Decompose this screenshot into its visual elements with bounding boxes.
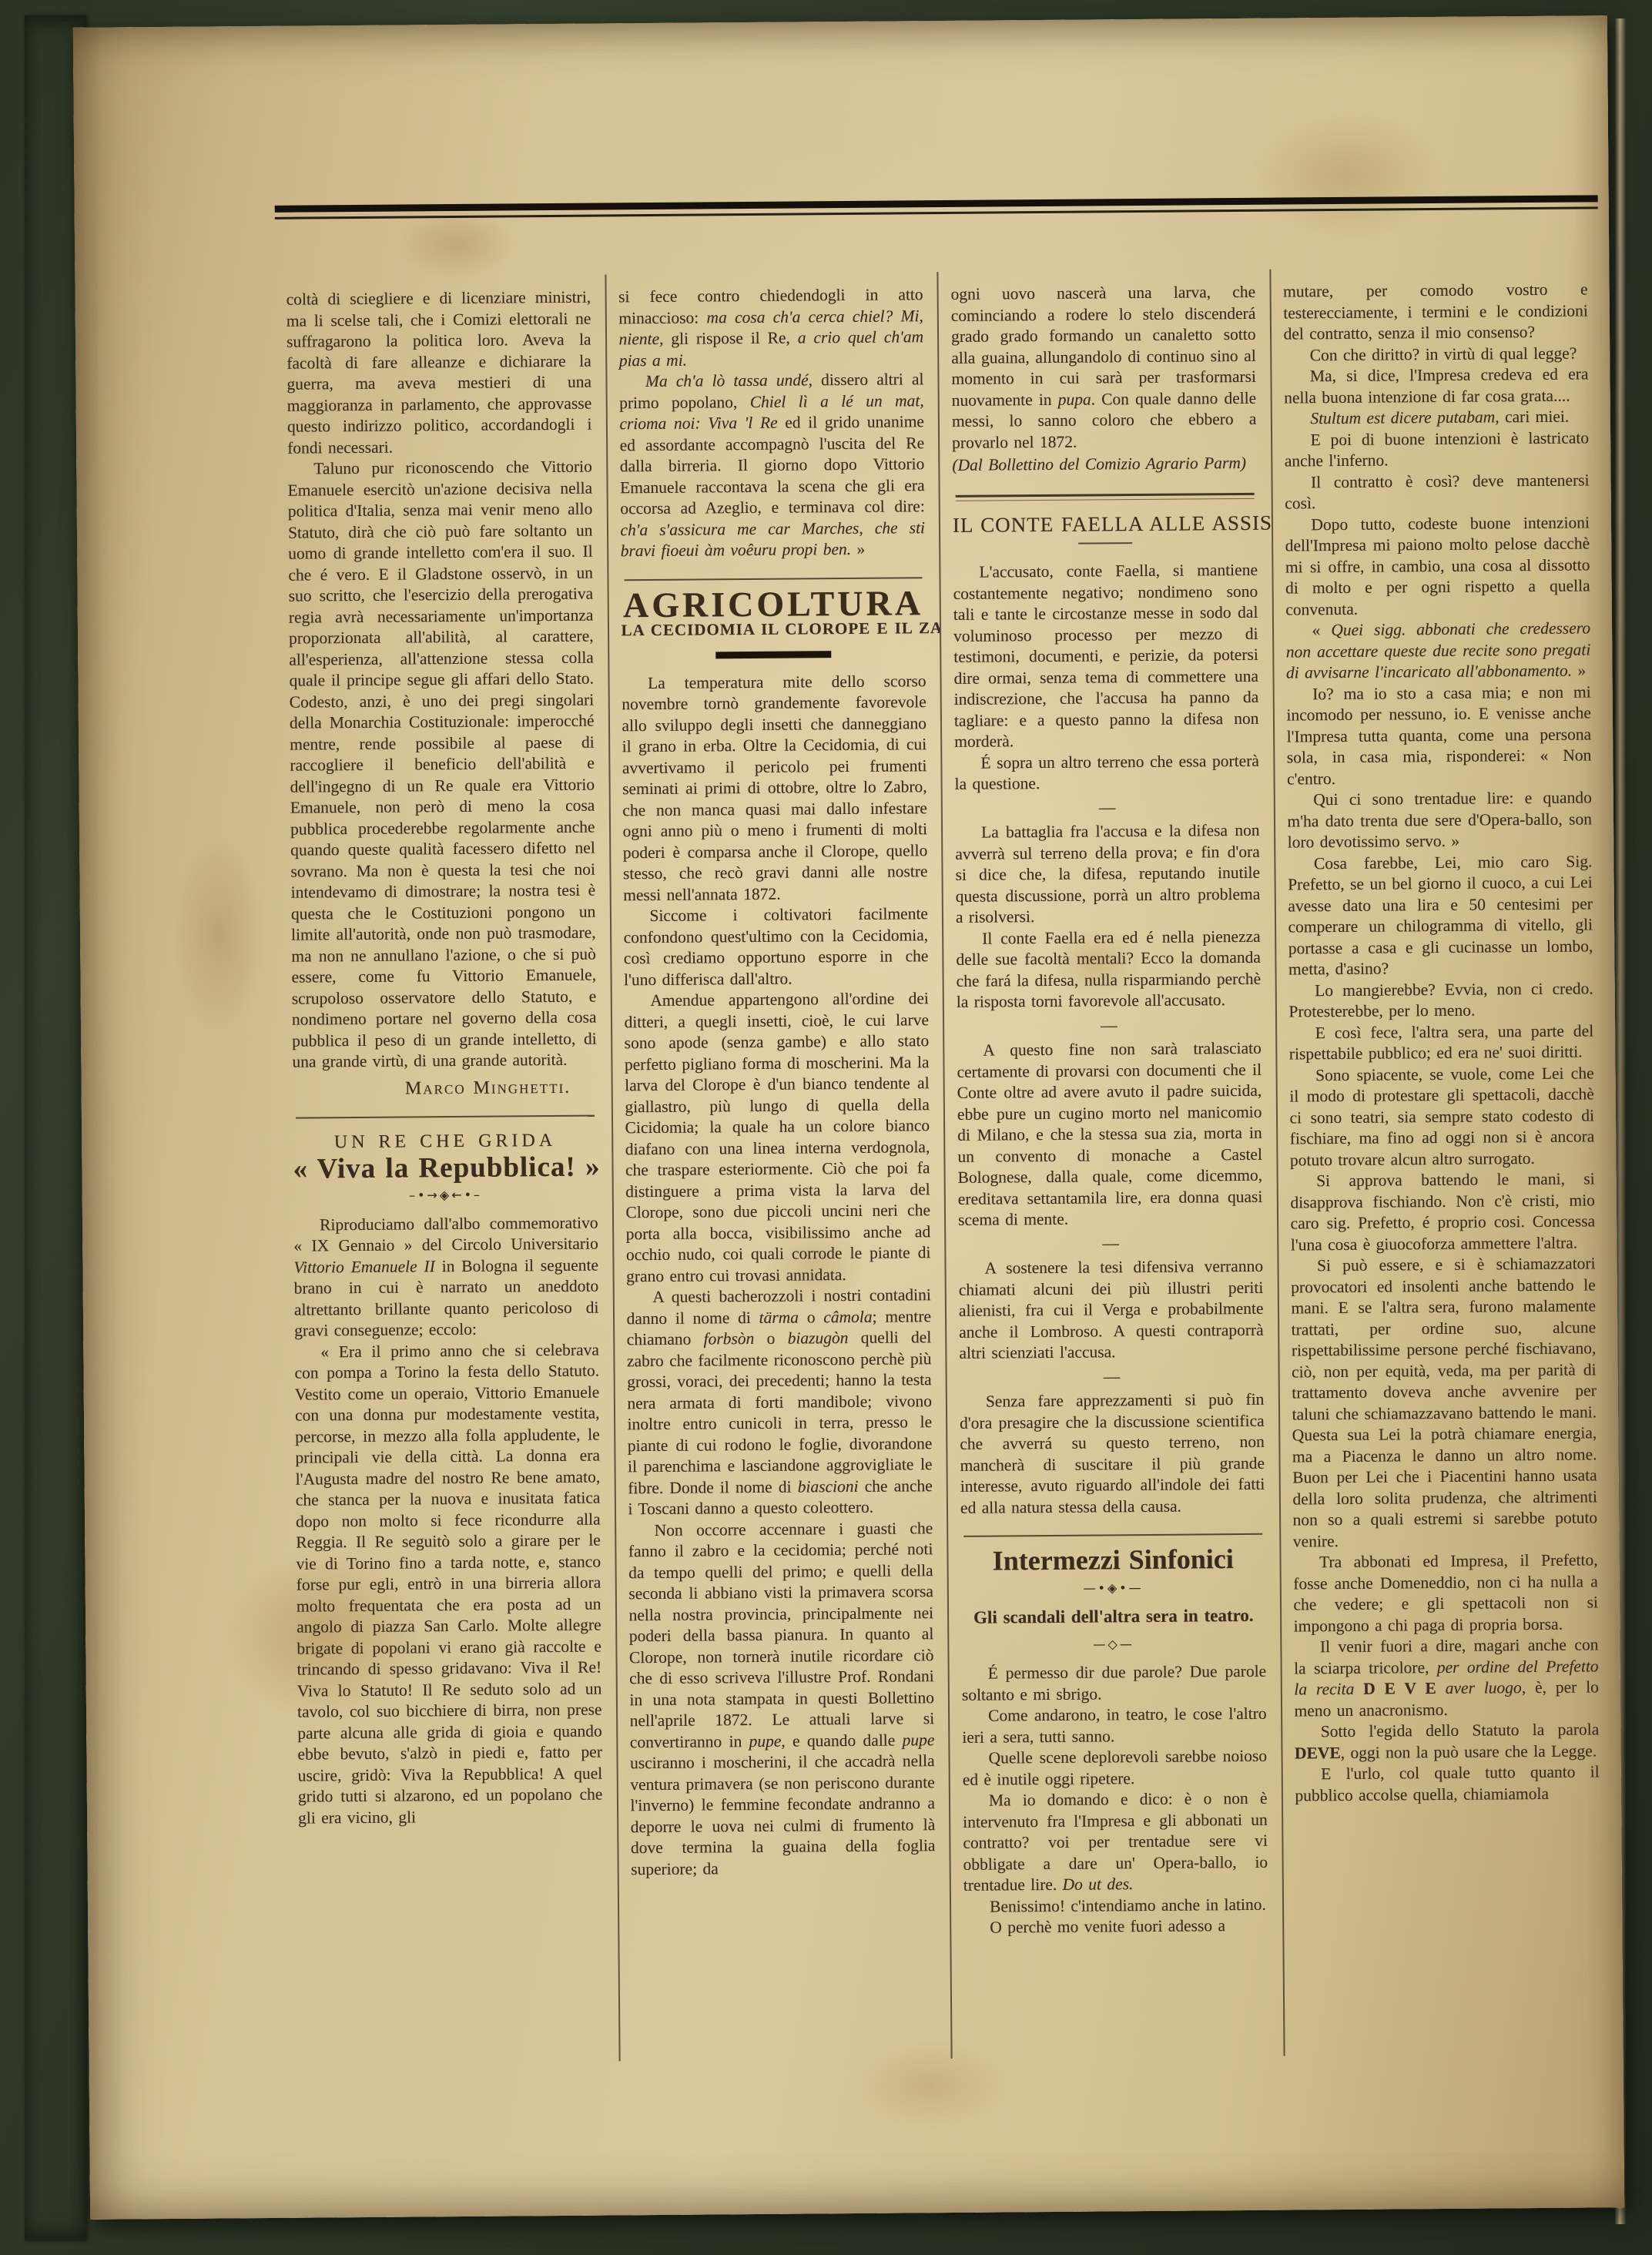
- paragraph: « Era il primo anno che si celebrava con…: [294, 1339, 602, 1829]
- paragraph: Sotto l'egida dello Statuto la parola DE…: [1295, 1719, 1600, 1764]
- paragraph: coltà di sciegliere e di licenziare mini…: [287, 287, 592, 459]
- dash-separator: —: [955, 796, 1260, 819]
- ornament: —◇—: [961, 1632, 1266, 1656]
- subheading-scandali-teatro: Gli scandali dell'altra sera in teatro.: [961, 1605, 1266, 1629]
- paragraph: Si approva battendo le mani, si disappro…: [1290, 1168, 1595, 1255]
- paragraph: Quelle scene deplorevoli sarebbe noioso …: [962, 1746, 1267, 1791]
- paragraph: Siccome i coltivatori facilmente confond…: [623, 903, 928, 990]
- paper-stain: [1245, 109, 1446, 242]
- paragraph: mutare, per comodo vostro e testerecciam…: [1283, 279, 1588, 345]
- paragraph: Si può essere, e si è schiamazzatori pro…: [1291, 1253, 1598, 1552]
- headline-viva-la-repubblica: « Viva la Repubblica! »: [293, 1156, 598, 1180]
- paragraph: Sono spiacente, se vuole, come Lei che i…: [1289, 1063, 1595, 1171]
- attribution-bollettino: (Dal Bollettino del Comizio Agrario Parm…: [952, 453, 1257, 477]
- paragraph: A questi bacherozzoli i nostri contadini…: [626, 1285, 933, 1520]
- paragraph: « Quei sigg. abbonati che credessero non…: [1285, 618, 1590, 684]
- paragraph: É sopra un altro terreno che essa porter…: [954, 750, 1259, 795]
- paragraph: Tra abbonati ed Impresa, il Prefetto, fo…: [1293, 1550, 1598, 1637]
- paragraph: Come andarono, in teatro, le cose l'altr…: [962, 1704, 1267, 1748]
- section-divider: [296, 1115, 595, 1119]
- paragraph: Cosa farebbe, Lei, mio caro Sig. Prefett…: [1288, 851, 1593, 980]
- section-divider-double: [956, 492, 1255, 501]
- section-divider: [963, 1533, 1262, 1537]
- dash-separator: —: [957, 1014, 1262, 1037]
- paragraph: La temperatura mite dello scorso novembr…: [622, 671, 928, 906]
- paragraph: Il contratto è così? deve mantenersi cos…: [1285, 470, 1590, 514]
- paragraph: Lo mangierebbe? Evvia, non ci credo. Pro…: [1288, 978, 1593, 1023]
- paragraph: Non occorre accennare i guasti che fanno…: [628, 1518, 936, 1881]
- headline-agricoltura: AGRICOLTURA: [621, 592, 926, 616]
- paragraph: O perchè mo venite fuori adesso a: [963, 1915, 1268, 1939]
- masthead-rule: [275, 195, 1598, 219]
- paragraph: Stultum est dicere putabam, cari miei.: [1284, 406, 1589, 430]
- paragraph: E così fece, l'altra sera, una parte del…: [1289, 1020, 1594, 1065]
- subheading-cecidomia: LA CECIDOMIA IL CLOROPE E IL ZABRO: [621, 618, 926, 642]
- paragraph: A questo fine non sarà tralasciato certa…: [957, 1038, 1262, 1231]
- paragraph: Riproduciamo dall'albo commemorativo « I…: [293, 1212, 599, 1342]
- kicker-un-re-che-grida: UN RE CHE GRIDA: [293, 1131, 598, 1154]
- paragraph: Il conte Faella era ed é nella pienezza …: [956, 926, 1261, 1013]
- heading-bar: [715, 651, 831, 658]
- dash-separator: —: [960, 1365, 1265, 1389]
- dash-separator: —: [958, 1231, 1263, 1255]
- paragraph: Amendue appartengono all'ordine dei ditt…: [624, 988, 931, 1287]
- paragraph: Senza fare apprezzamenti si può fin d'or…: [960, 1389, 1265, 1519]
- paragraph: La battaglia fra l'accusa e la difesa no…: [955, 820, 1261, 929]
- paper-stain: [398, 209, 514, 279]
- text-column-2: si fece contro chiedendogli in atto mina…: [605, 272, 951, 2061]
- paragraph: É permesso dir due parole? Due parole so…: [962, 1661, 1267, 1706]
- paragraph: A sostenere la tesi difensiva verranno c…: [958, 1256, 1264, 1365]
- headline-intermezzi-sinfonici: Intermezzi Sinfonici: [960, 1549, 1265, 1573]
- ornament: —•◈•—: [961, 1576, 1266, 1600]
- ornament: –•→◈←•–: [293, 1184, 598, 1208]
- paragraph: Taluno pur riconoscendo che Vittorio Ema…: [287, 457, 597, 1074]
- paragraph: Ma ch'a lò tassa undé, dissero altri al …: [619, 369, 925, 562]
- paragraph: E l'urlo, col quale tutto quanto il pubb…: [1295, 1761, 1600, 1806]
- text-column-1: coltà di sciegliere e di licenziare mini…: [273, 274, 618, 2063]
- paragraph: Ma io domando e dico: è o non è interven…: [963, 1788, 1268, 1897]
- paper-stain: [172, 835, 266, 1036]
- paragraph: Con che diritto? in virtù di qual legge?: [1284, 343, 1589, 367]
- paragraph: Qui ci sono trentadue lire: e quando m'h…: [1287, 787, 1592, 853]
- headline-conte-faella: IL CONTE FAELLA ALLE ASSISE: [953, 512, 1258, 536]
- paragraph: E poi di buone intenzioni è lastricato a…: [1285, 427, 1590, 472]
- paragraph: Io? ma io sto a casa mia; e non mi incom…: [1286, 682, 1592, 790]
- section-divider: [624, 577, 923, 581]
- short-divider: [1078, 542, 1132, 544]
- paragraph: si fece contro chiedendogli in atto mina…: [618, 284, 923, 371]
- paragraph: ogni uovo nascerà una larva, che cominci…: [951, 282, 1257, 454]
- text-column-3: ogni uovo nascerà una larva, che cominci…: [937, 270, 1283, 2059]
- paragraph: Il venir fuori a dire, magari anche con …: [1294, 1634, 1599, 1721]
- paragraph: Benissimo! c'intendiamo anche in latino.: [963, 1894, 1268, 1918]
- text-column-4: mutare, per comodo vostro e testerecciam…: [1269, 266, 1616, 2056]
- text-columns: coltà di sciegliere e di licenziare mini…: [273, 266, 1615, 2063]
- newspaper-page: coltà di sciegliere e di licenziare mini…: [73, 15, 1624, 2220]
- paragraph: Ma, si dice, l'Impresa credeva ed era ne…: [1284, 364, 1589, 408]
- scanned-book-spread: coltà di sciegliere e di licenziare mini…: [0, 0, 1652, 2255]
- paragraph: L'accusato, conte Faella, si mantiene co…: [953, 560, 1258, 753]
- paragraph: Dopo tutto, codeste buone intenzioni del…: [1285, 512, 1590, 621]
- author-signature-minghetti: Marco Minghetti.: [293, 1077, 598, 1101]
